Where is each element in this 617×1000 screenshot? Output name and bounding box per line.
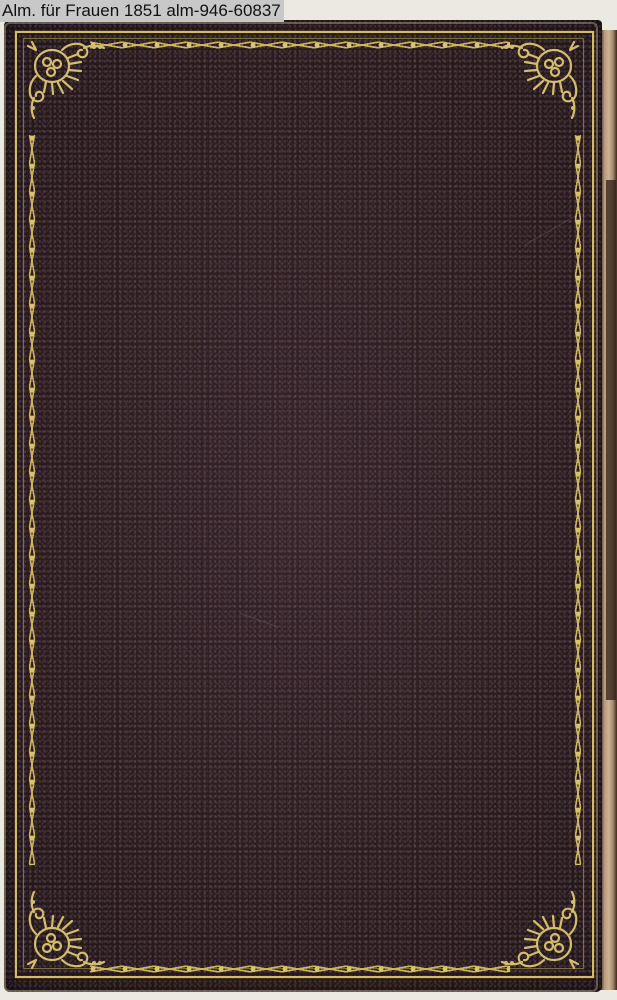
- palmette-ornament-icon: [500, 890, 584, 974]
- palmette-corner-icon: [500, 890, 584, 974]
- palmette-ornament-icon: [500, 36, 584, 120]
- palmette-corner-icon: [22, 36, 106, 120]
- palmette-corner-icon: [22, 890, 106, 974]
- image-caption-label: Alm. für Frauen 1851 alm-946-60837: [0, 0, 284, 22]
- book-scan: Alm. für Frauen 1851 alm-946-60837: [0, 0, 617, 1000]
- gilt-chain-right: [573, 135, 583, 865]
- gilt-chain-left: [27, 135, 37, 865]
- gilt-chain-top: [90, 40, 510, 50]
- gilt-border-inner: [23, 38, 584, 969]
- palmette-ornament-icon: [22, 890, 106, 974]
- palmette-corner-icon: [500, 36, 584, 120]
- gilt-chain-bottom: [90, 964, 510, 974]
- palmette-ornament-icon: [22, 36, 106, 120]
